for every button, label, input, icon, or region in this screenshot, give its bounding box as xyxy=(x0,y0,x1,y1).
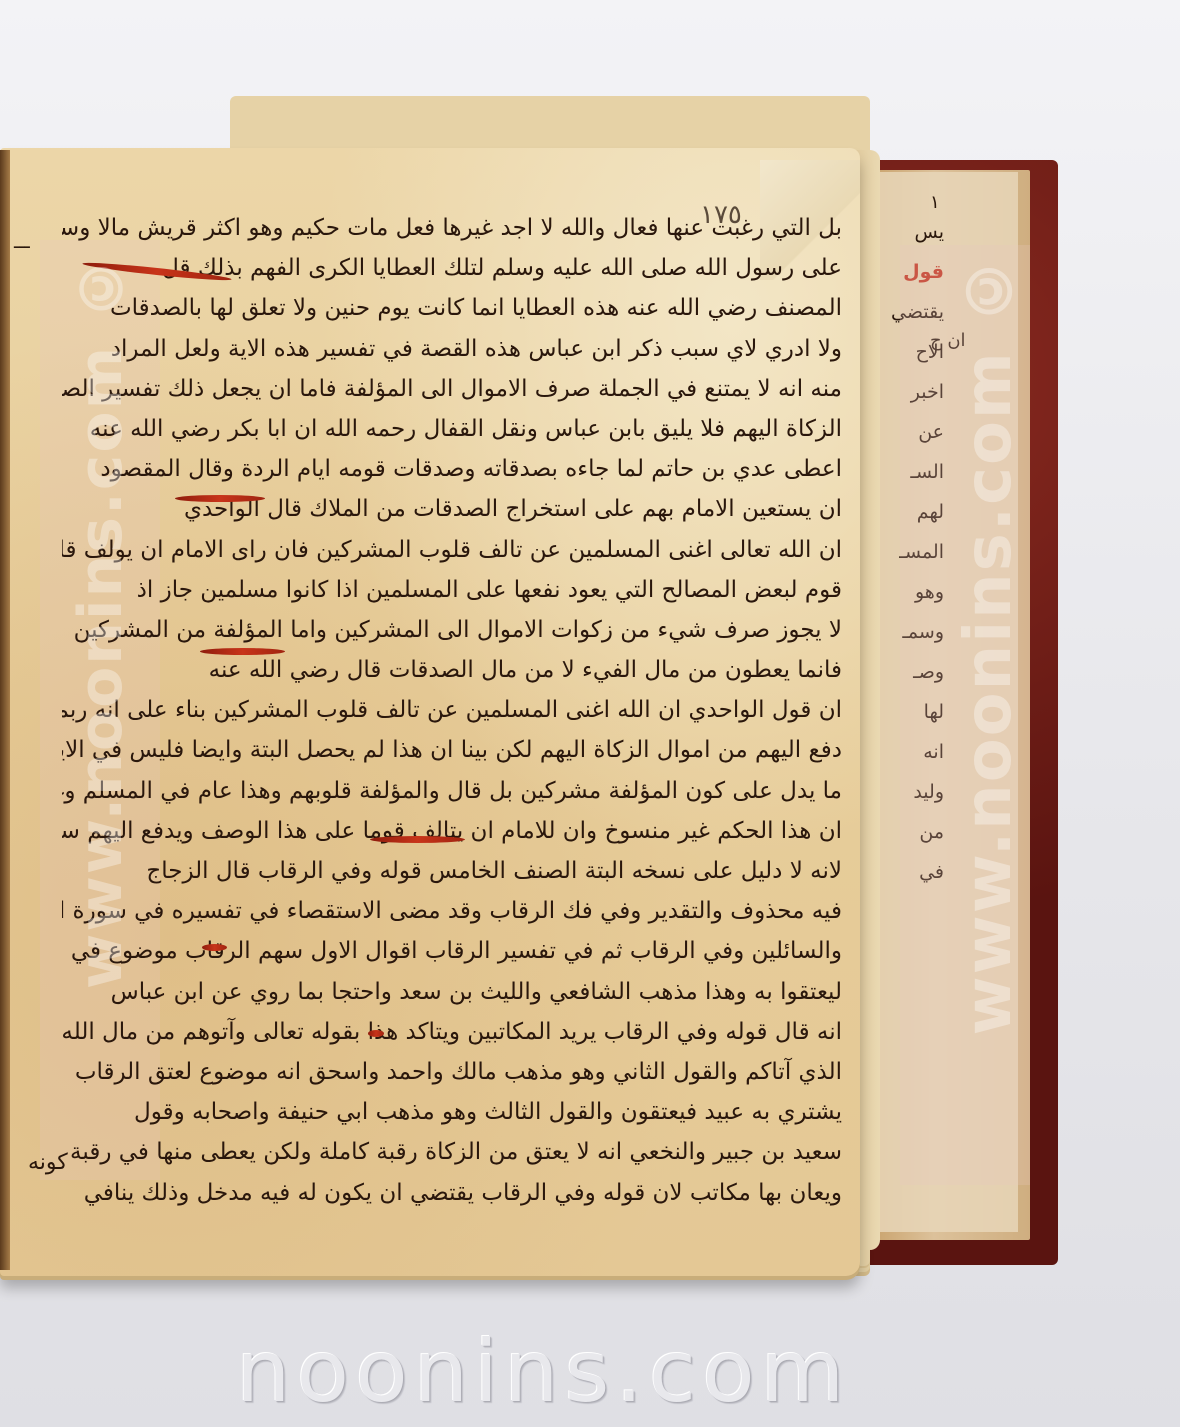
text-line: منه انه لا يمتنع في الجملة صرف الاموال ا… xyxy=(62,369,842,409)
rubric-stroke xyxy=(202,944,227,951)
text-line: فانما يعطون من مال الفيء لا من مال الصدق… xyxy=(62,650,842,690)
text-line: على رسول الله صلى الله عليه وسلم لتلك ال… xyxy=(62,248,842,288)
text-line: ما يدل على كون المؤلفة مشركين بل قال وال… xyxy=(62,771,842,811)
watermark-vertical-left: www.noonins.com © xyxy=(66,250,136,989)
watermark-vertical-right: www.noonins.com © xyxy=(952,250,1026,1035)
text-line: المصنف رضي الله عنه هذه العطايا انما كان… xyxy=(62,288,842,328)
text-line: ولا ادري لاي سبب ذكر ابن عباس هذه القصة … xyxy=(62,329,842,369)
rubric-stroke xyxy=(200,648,285,655)
left-margin-marks: ـــ xyxy=(14,232,30,253)
text-line: ان هذا الحكم غير منسوخ وان للامام ان يتا… xyxy=(62,811,842,851)
text-line: فيه محذوف والتقدير وفي فك الرقاب وقد مضى… xyxy=(62,891,842,931)
text-line: لا يجوز صرف شيء من زكوات الاموال الى الم… xyxy=(62,610,842,650)
rubric-stroke xyxy=(368,1030,384,1037)
text-line: ليعتقوا به وهذا مذهب الشافعي والليث بن س… xyxy=(62,972,842,1012)
manuscript-text: بل التي رغبت عنها فعال والله لا اجد غيره… xyxy=(62,208,842,1213)
text-line: بل التي رغبت عنها فعال والله لا اجد غيره… xyxy=(62,208,842,248)
text-line: دفع اليهم من اموال الزكاة اليهم لكن بينا… xyxy=(62,730,842,770)
text-line: ان الله تعالى اغنى المسلمين عن تالف قلوب… xyxy=(62,530,842,570)
text-line: ان قول الواحدي ان الله اغنى المسلمين عن … xyxy=(62,690,842,730)
facing-page-number: ١ xyxy=(930,192,940,213)
text-line: اعطى عدي بن حاتم لما جاءه بصدقاته وصدقات… xyxy=(62,449,842,489)
text-line: ويعان بها مكاتب لان قوله وفي الرقاب يقتض… xyxy=(62,1173,842,1213)
text-line: قوم لبعض المصالح التي يعود نفعها على الم… xyxy=(62,570,842,610)
text-line: الذي آتاكم والقول الثاني وهو مذهب مالك و… xyxy=(62,1052,842,1092)
text-line: يشتري به عبيد فيعتقون والقول الثالث وهو … xyxy=(62,1092,842,1132)
binding-gutter xyxy=(0,150,10,1270)
text-line: لانه لا دليل على نسخه البتة الصنف الخامس… xyxy=(62,851,842,891)
text-line: الزكاة اليهم فلا يليق بابن عباس ونقل الق… xyxy=(62,409,842,449)
text-line: انه قال قوله وفي الرقاب يريد المكاتبين و… xyxy=(62,1012,842,1052)
rubric-stroke xyxy=(370,836,465,843)
text-line: ان يستعين الامام بهم على استخراج الصدقات… xyxy=(62,489,842,529)
text-line: والسائلين وفي الرقاب ثم في تفسير الرقاب … xyxy=(62,931,842,971)
watermark-bottom: noonins.com xyxy=(236,1322,846,1422)
catchword: كونه xyxy=(28,1150,68,1175)
text-line: سعيد بن جبير والنخعي انه لا يعتق من الزك… xyxy=(62,1132,842,1172)
rubric-stroke xyxy=(175,495,265,502)
